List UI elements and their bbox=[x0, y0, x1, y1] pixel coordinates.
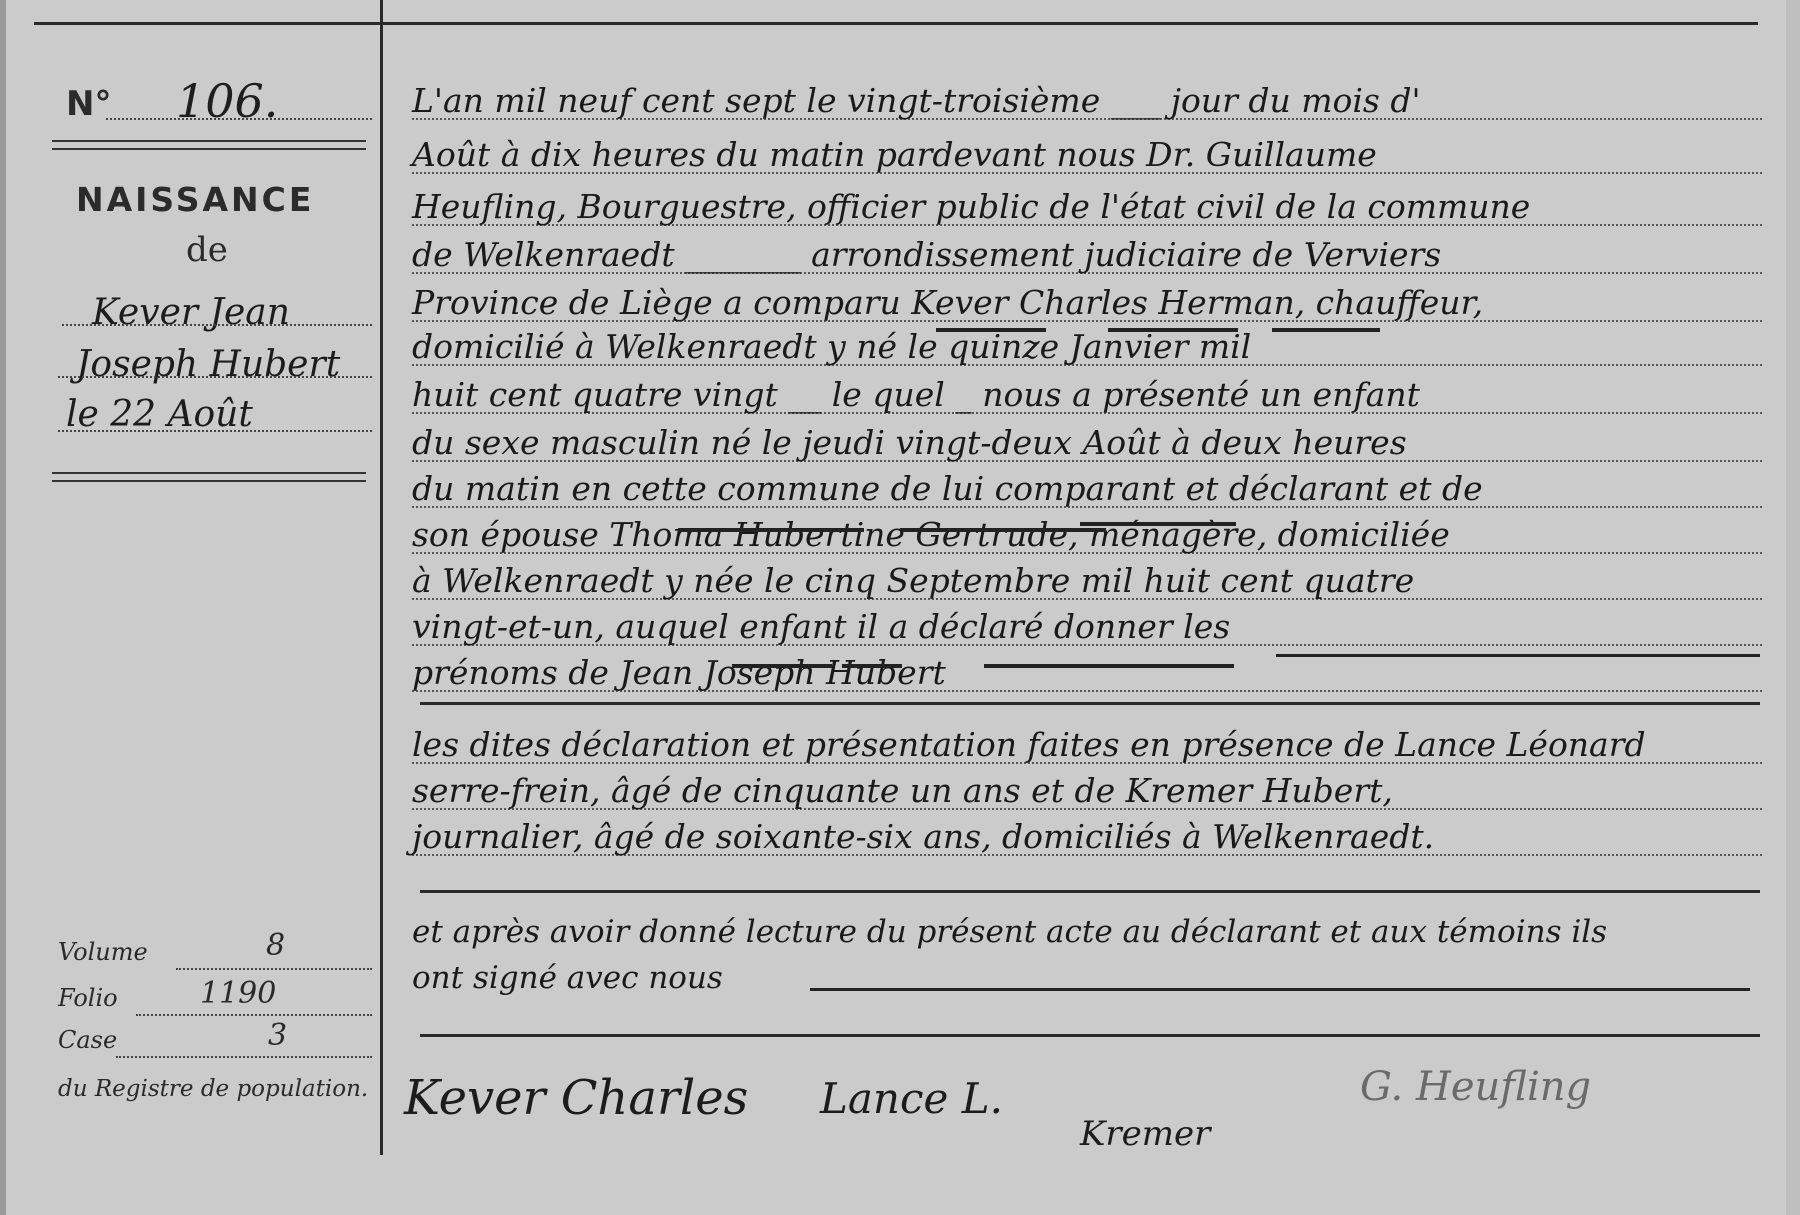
case-value: 3 bbox=[268, 1018, 287, 1053]
registry-footer: du Registre de population. bbox=[58, 1076, 368, 1102]
closing-line-2: ont signé avec nous bbox=[412, 948, 1762, 1002]
volume-value: 8 bbox=[266, 928, 285, 963]
name-underline-hubertine bbox=[900, 528, 1106, 532]
signature-witness-2: Kremer bbox=[1080, 1114, 1210, 1154]
body-line-text: Août à dix heures du matin pardevant nou… bbox=[412, 135, 1377, 174]
body-line-text: Province de Liège a comparu Kever Charle… bbox=[412, 283, 1483, 322]
subject-name-line-3: le 22 Août bbox=[66, 394, 253, 435]
body-line-text: huit cent quatre vingt __ le quel _ nous… bbox=[412, 375, 1420, 414]
page-edge-right bbox=[1786, 0, 1800, 1215]
act-type-heading: NAISSANCE bbox=[76, 180, 314, 219]
body-line-4: de Welkenraedt _______ arrondissement ju… bbox=[412, 226, 1762, 280]
section-rule-witnesses bbox=[420, 702, 1760, 705]
body-line-2: Août à dix heures du matin pardevant nou… bbox=[412, 126, 1762, 180]
section-rule-signatures bbox=[420, 1034, 1760, 1037]
body-line-7: huit cent quatre vingt __ le quel _ nous… bbox=[412, 366, 1762, 420]
name-underline-joseph bbox=[842, 664, 902, 668]
act-number-label: N° bbox=[66, 84, 111, 124]
volume-label: Volume bbox=[58, 938, 148, 966]
subject-double-rule bbox=[52, 472, 366, 482]
subject-name-line-2: Joseph Hubert bbox=[76, 344, 340, 385]
section-rule-closing bbox=[420, 890, 1760, 893]
body-line-3: Heufling, Bourguestre, officier public d… bbox=[412, 178, 1762, 232]
name-underline-jean bbox=[732, 664, 832, 668]
witness-line-text: journalier, âgé de soixante-six ans, dom… bbox=[412, 817, 1434, 856]
body-line-text: domicilié à Welkenraedt y né le quinze J… bbox=[412, 327, 1251, 366]
body-line-text: L'an mil neuf cent sept le vingt-troisiè… bbox=[412, 81, 1421, 120]
closing-line-text: ont signé avec nous bbox=[412, 960, 723, 996]
birth-certificate-page: N° 106. NAISSANCE de Kever Jean Joseph H… bbox=[0, 0, 1800, 1215]
signature-declarant: Kever Charles bbox=[404, 1070, 748, 1126]
witness-line-3: journalier, âgé de soixante-six ans, dom… bbox=[412, 808, 1762, 862]
page-edge-shadow bbox=[0, 0, 6, 1215]
volume-dotline bbox=[176, 968, 372, 970]
body-line-text: à Welkenraedt y née le cinq Septembre mi… bbox=[412, 561, 1414, 600]
body-line-text: son épouse Thoma Hubertine Gertrude, mén… bbox=[412, 515, 1450, 554]
name-underline-thoma bbox=[678, 528, 864, 532]
folio-value: 1190 bbox=[200, 976, 276, 1011]
closing-dash-rule bbox=[1276, 654, 1760, 657]
case-label: Case bbox=[58, 1026, 117, 1054]
act-number-double-rule bbox=[52, 140, 366, 150]
signature-block: Kever Charles Lance L. Kremer G. Heuflin… bbox=[400, 1060, 1780, 1180]
subject-dotline-1 bbox=[62, 324, 372, 326]
body-line-text: du sexe masculin né le jeudi vingt-deux … bbox=[412, 423, 1407, 462]
witness-line-text: les dites déclaration et présentation fa… bbox=[412, 725, 1646, 764]
body-line-text: prénoms de Jean Joseph Hubert bbox=[412, 653, 946, 692]
top-rule bbox=[34, 22, 1758, 25]
name-underline-gertrude bbox=[1080, 522, 1236, 526]
body-line-6: domicilié à Welkenraedt y né le quinze J… bbox=[412, 318, 1762, 372]
folio-label: Folio bbox=[58, 984, 118, 1012]
act-number-dotline bbox=[106, 118, 372, 120]
witness-line-text: serre-frein, âgé de cinquante un ans et … bbox=[412, 771, 1393, 810]
body-line-13: prénoms de Jean Joseph Hubert bbox=[412, 644, 1762, 698]
body-line-1: L'an mil neuf cent sept le vingt-troisiè… bbox=[412, 72, 1762, 126]
act-number: N° 106. bbox=[66, 82, 372, 122]
closing-signature-rule bbox=[810, 988, 1750, 991]
signature-officer: G. Heufling bbox=[1360, 1064, 1591, 1110]
body-line-text: Heufling, Bourguestre, officier public d… bbox=[412, 187, 1530, 226]
signature-witness-1: Lance L. bbox=[820, 1074, 1003, 1123]
folio-dotline bbox=[136, 1014, 372, 1016]
column-divider bbox=[380, 0, 383, 1155]
act-type-de: de bbox=[186, 230, 228, 270]
subject-dotline-2 bbox=[58, 376, 372, 378]
body-line-text: de Welkenraedt _______ arrondissement ju… bbox=[412, 235, 1441, 274]
subject-dotline-3 bbox=[58, 430, 372, 432]
body-line-text: vingt-et-un, auquel enfant il a déclaré … bbox=[412, 607, 1230, 646]
subject-name-line-1: Kever Jean bbox=[92, 292, 290, 333]
name-underline-hubert bbox=[984, 664, 1234, 668]
case-dotline bbox=[116, 1056, 372, 1058]
closing-line-text: et après avoir donné lecture du présent … bbox=[412, 914, 1607, 950]
body-line-text: du matin en cette commune de lui compara… bbox=[412, 469, 1483, 508]
